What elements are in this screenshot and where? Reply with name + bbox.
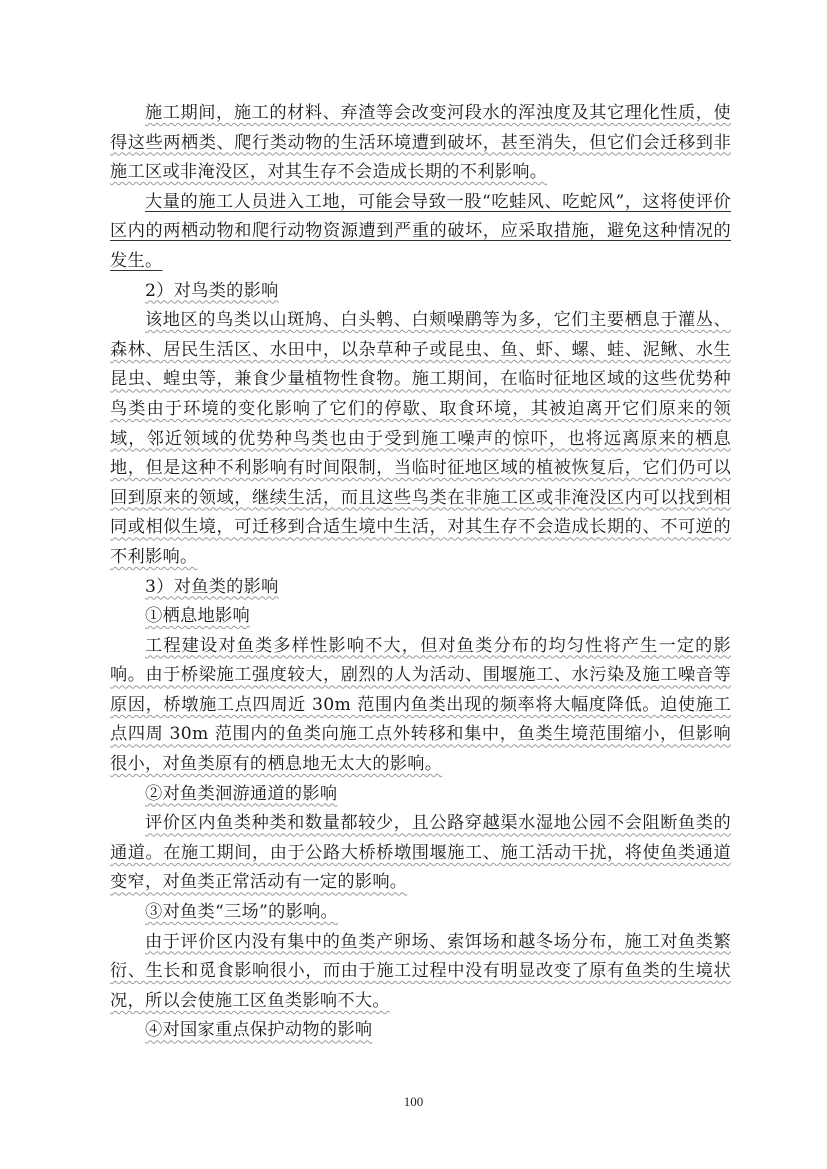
heading-migration-channel: ②对鱼类洄游通道的影响 <box>110 780 731 810</box>
paragraph-text: 评价区内鱼类种类和数量都较少，且公路穿越渠水湿地公园不会阻断鱼类的通道。在施工期… <box>110 813 731 892</box>
heading-text: 2）对鸟类的影响 <box>145 281 279 301</box>
paragraph-three-grounds: 由于评价区内没有集中的鱼类产卵场、索饵场和越冬场分布，施工对鱼类繁衍、生长和觅食… <box>110 928 731 1017</box>
heading-three-grounds: ③对鱼类“三场”的影响。 <box>110 898 731 928</box>
heading-text: ①栖息地影响 <box>145 606 250 626</box>
paragraph-amphibian-hunting: 大量的施工人员进入工地，可能会导致一股“吃蛙风、吃蛇风”，这将使评价区内的两栖动… <box>110 188 731 277</box>
paragraph-migration-channel: 评价区内鱼类种类和数量都较少，且公路穿越渠水湿地公园不会阻断鱼类的通道。在施工期… <box>110 809 731 898</box>
heading-text: ③对鱼类“三场”的影响。 <box>145 902 338 922</box>
heading-text: ②对鱼类洄游通道的影响 <box>145 784 337 804</box>
heading-protected-animals: ④对国家重点保护动物的影响 <box>110 1016 731 1046</box>
paragraph-fish-habitat: 工程建设对鱼类多样性影响不大，但对鱼类分布的均匀性将产生一定的影响。由于桥梁施工… <box>110 632 731 780</box>
paragraph-text: 大量的施工人员进入工地，可能会导致一股“吃蛙风、吃蛇风”，这将使评价区内的两栖动… <box>110 192 731 271</box>
paragraph-amphibian-habitat: 施工期间，施工的材料、弃渣等会改变河段水的浑浊度及其它理化性质，使得这些两栖类、… <box>110 99 731 188</box>
paragraph-text: 该地区的鸟类以山斑鸠、白头鹎、白颊噪鹛等为多，它们主要栖息于灌丛、森林、居民生活… <box>110 310 731 567</box>
heading-text: 3）对鱼类的影响 <box>145 577 279 597</box>
paragraph-birds: 该地区的鸟类以山斑鸠、白头鹎、白颊噪鹛等为多，它们主要栖息于灌丛、森林、居民生活… <box>110 306 731 572</box>
heading-text: ④对国家重点保护动物的影响 <box>145 1020 372 1040</box>
page-number: 100 <box>0 1094 827 1110</box>
heading-habitat-impact: ①栖息地影响 <box>110 602 731 632</box>
paragraph-text: 由于评价区内没有集中的鱼类产卵场、索饵场和越冬场分布，施工对鱼类繁衍、生长和觅食… <box>110 932 731 1011</box>
paragraph-text: 工程建设对鱼类多样性影响不大，但对鱼类分布的均匀性将产生一定的影响。由于桥梁施工… <box>110 636 731 774</box>
heading-birds: 2）对鸟类的影响 <box>110 277 731 307</box>
paragraph-text: 施工期间，施工的材料、弃渣等会改变河段水的浑浊度及其它理化性质，使得这些两栖类、… <box>110 103 731 182</box>
heading-fish: 3）对鱼类的影响 <box>110 573 731 603</box>
document-page: 施工期间，施工的材料、弃渣等会改变河段水的浑浊度及其它理化性质，使得这些两栖类、… <box>110 99 731 1046</box>
